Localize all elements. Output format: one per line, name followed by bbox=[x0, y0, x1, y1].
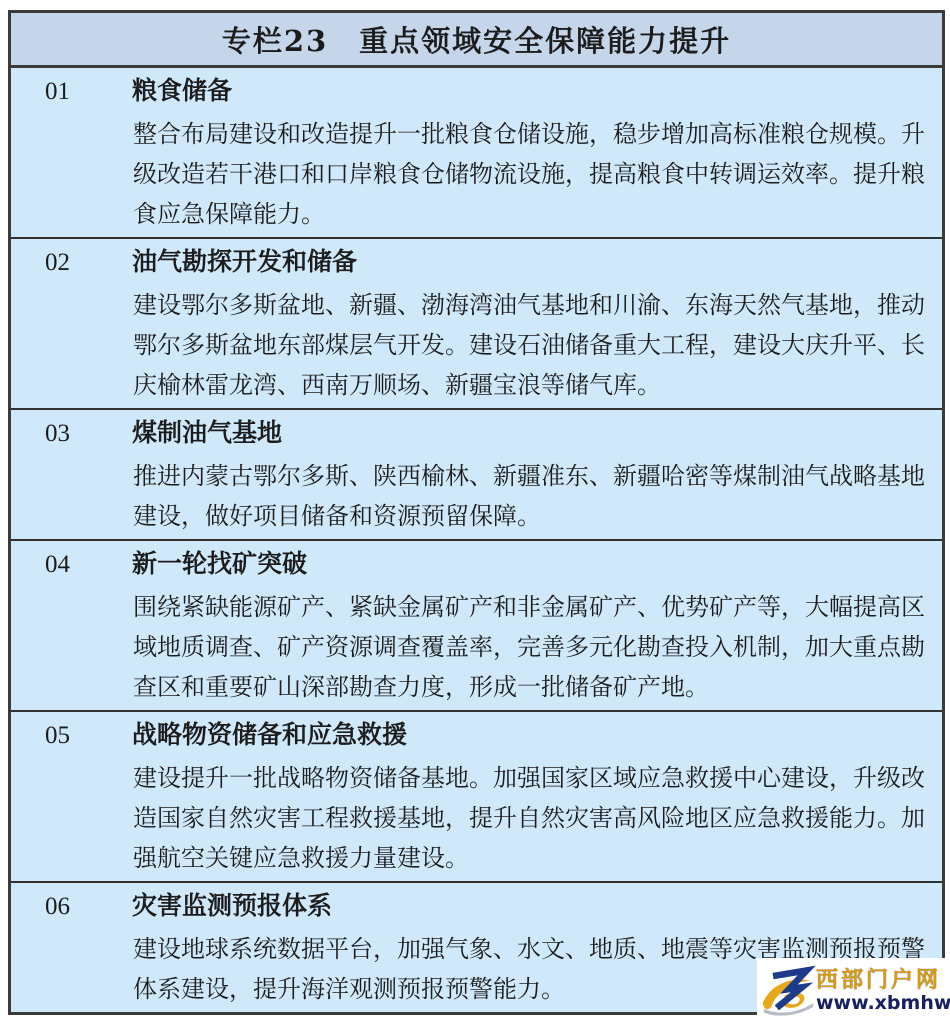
section-title: 战略物资储备和应急救援 bbox=[132, 720, 407, 749]
section-03-coal-to-oil-gas-bases: 03煤制油气基地 推进内蒙古鄂尔多斯、陕西榆林、新疆准东、新疆哈密等煤制油气战略… bbox=[11, 410, 942, 541]
section-body: 推进内蒙古鄂尔多斯、陕西榆林、新疆准东、新疆哈密等煤制油气战略基地建设，做好项目… bbox=[11, 456, 942, 536]
section-title: 新一轮找矿突破 bbox=[132, 549, 307, 578]
panel-header: 专栏23 重点领域安全保障能力提升 bbox=[11, 13, 942, 68]
section-body: 整合布局建设和改造提升一批粮食仓储设施，稳步增加高标准粮仓规模。升级改造若干港口… bbox=[11, 114, 942, 234]
section-body: 建设鄂尔多斯盆地、新疆、渤海湾油气基地和川渝、东海天然气基地，推动鄂尔多斯盆地东… bbox=[11, 285, 942, 405]
column-23-panel: 专栏23 重点领域安全保障能力提升 01粮食储备 整合布局建设和改造提升一批粮食… bbox=[8, 10, 945, 1015]
section-heading: 05战略物资储备和应急救援 bbox=[11, 715, 942, 758]
section-title: 粮食储备 bbox=[132, 76, 232, 105]
section-heading: 06灾害监测预报体系 bbox=[11, 886, 942, 929]
section-05-strategic-reserves-rescue: 05战略物资储备和应急救援 建设提升一批战略物资储备基地。加强国家区域应急救援中… bbox=[11, 712, 942, 883]
section-02-oil-gas-exploration: 02油气勘探开发和储备 建设鄂尔多斯盆地、新疆、渤海湾油气基地和川渝、东海天然气… bbox=[11, 239, 942, 410]
section-title: 灾害监测预报体系 bbox=[132, 891, 332, 920]
watermark-site-url: www.xbmhw.com bbox=[816, 993, 950, 1014]
section-body: 围绕紧缺能源矿产、紧缺金属矿产和非金属矿产、优势矿产等，大幅提高区域地质调查、矿… bbox=[11, 587, 942, 707]
section-number: 05 bbox=[45, 716, 132, 756]
section-number: 04 bbox=[45, 545, 132, 585]
xbmhw-logo-icon bbox=[760, 963, 816, 1019]
section-01-grain-reserves: 01粮食储备 整合布局建设和改造提升一批粮食仓储设施，稳步增加高标准粮仓规模。升… bbox=[11, 68, 942, 239]
section-heading: 03煤制油气基地 bbox=[11, 413, 942, 456]
xbmhw-watermark: 西部门户网 www.xbmhw.com bbox=[757, 958, 950, 1024]
section-title: 煤制油气基地 bbox=[132, 418, 282, 447]
panel-title: 专栏23 重点领域安全保障能力提升 bbox=[222, 19, 731, 60]
section-number: 01 bbox=[45, 72, 132, 112]
section-04-mineral-prospecting: 04新一轮找矿突破 围绕紧缺能源矿产、紧缺金属矿产和非金属矿产、优势矿产等，大幅… bbox=[11, 541, 942, 712]
section-title: 油气勘探开发和储备 bbox=[132, 247, 357, 276]
watermark-text: 西部门户网 www.xbmhw.com bbox=[816, 968, 950, 1013]
section-heading: 04新一轮找矿突破 bbox=[11, 544, 942, 587]
section-number: 06 bbox=[45, 887, 132, 927]
section-number: 03 bbox=[45, 414, 132, 454]
section-heading: 02油气勘探开发和储备 bbox=[11, 242, 942, 285]
watermark-site-name: 西部门户网 bbox=[816, 968, 950, 992]
section-number: 02 bbox=[45, 243, 132, 283]
section-heading: 01粮食储备 bbox=[11, 71, 942, 114]
section-body: 建设提升一批战略物资储备基地。加强国家区域应急救援中心建设，升级改造国家自然灾害… bbox=[11, 758, 942, 878]
